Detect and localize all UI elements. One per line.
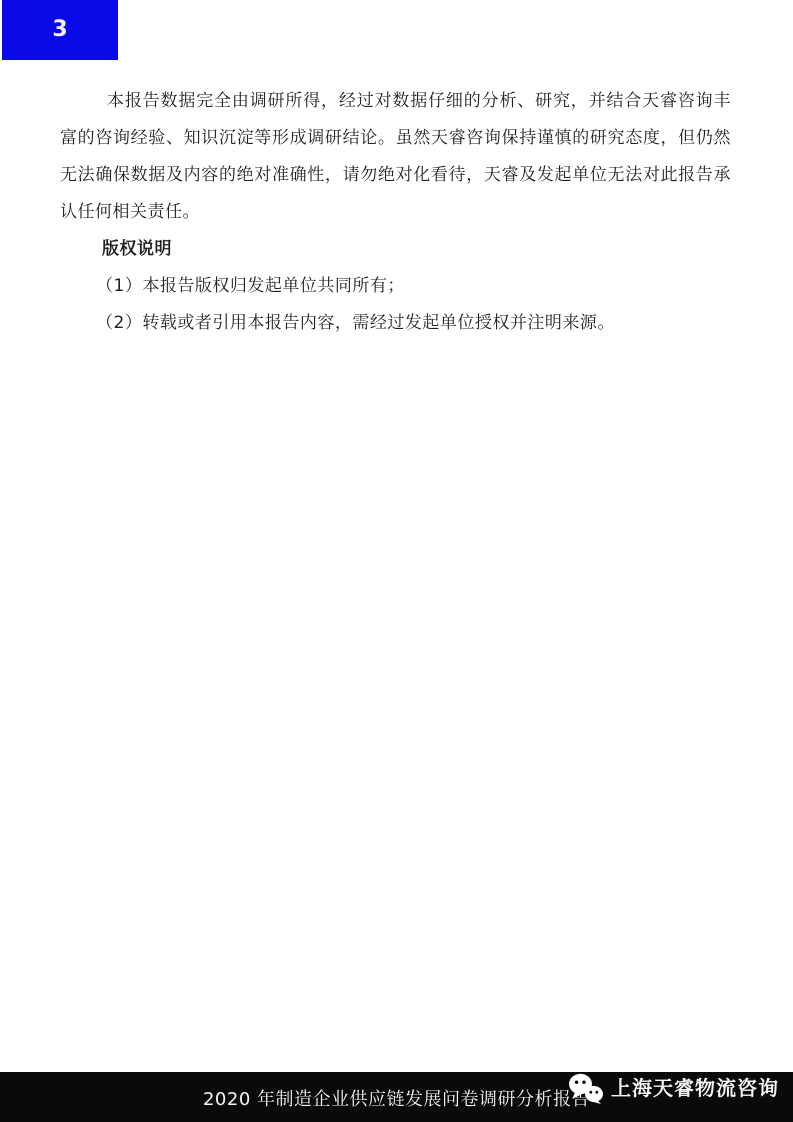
wechat-icon (568, 1073, 604, 1104)
footer-bar: 2020 年制造企业供应链发展问卷调研分析报告 上海天睿物流咨询 (0, 1072, 793, 1122)
copyright-item-1: （1）本报告版权归发起单位共同所有； (60, 268, 731, 305)
footer-brand: 上海天睿物流咨询 (568, 1073, 779, 1104)
footer-company-name: 上海天睿物流咨询 (611, 1073, 779, 1104)
page-number-badge: 3 (2, 0, 118, 60)
disclaimer-paragraph: 本报告数据完全由调研所得，经过对数据仔细的分析、研究，并结合天睿咨询丰富的咨询经… (60, 83, 731, 231)
page-content: 本报告数据完全由调研所得，经过对数据仔细的分析、研究，并结合天睿咨询丰富的咨询经… (60, 83, 731, 342)
copyright-heading: 版权说明 (60, 231, 731, 268)
report-page: 3 本报告数据完全由调研所得，经过对数据仔细的分析、研究，并结合天睿咨询丰富的咨… (0, 0, 793, 1122)
copyright-item-2: （2）转载或者引用本报告内容，需经过发起单位授权并注明来源。 (60, 305, 731, 342)
page-number: 3 (52, 19, 67, 41)
